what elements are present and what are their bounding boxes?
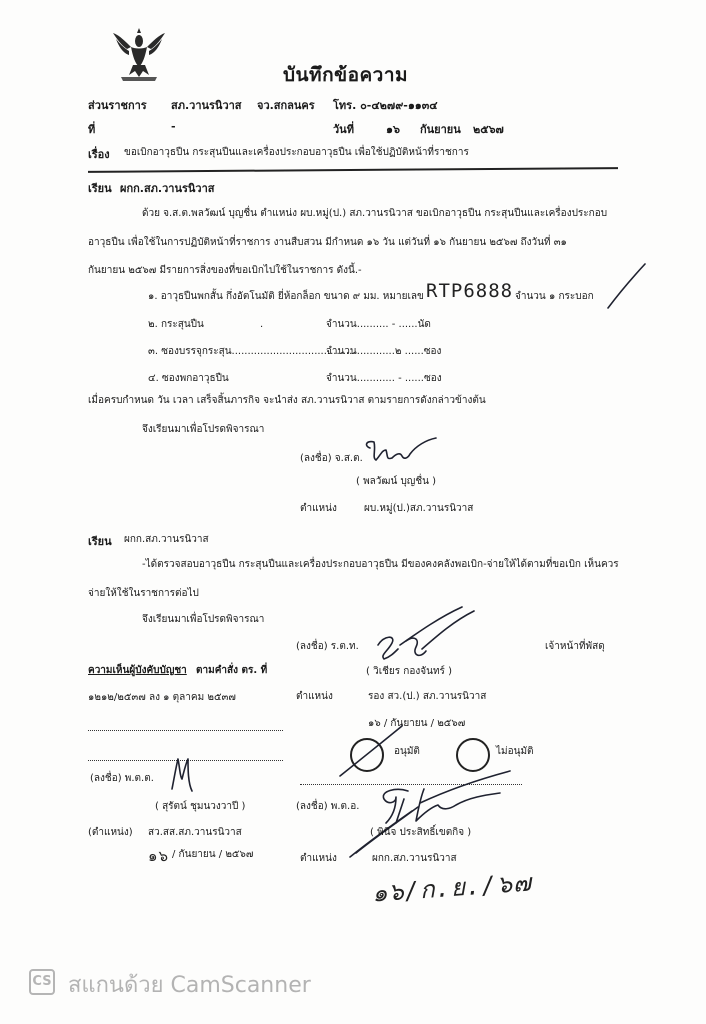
section2-paragraph-line1: -ได้ตรวจสอบอาวุธปืน กระสุนปืนและเครื่องป… [142,558,619,572]
section1-sign-label: (ลงชื่อ) จ.ส.ต. [300,452,363,466]
phone-value: โทร. ๐-๔๒๗๙-๑๑๓๔ [333,96,438,114]
item-1-serial: RTP6888 [426,280,513,302]
section1-paragraph-line2: อาวุธปืน เพื่อใช้ในการปฏิบัติหน้าที่ราชก… [88,236,567,250]
date-label: วันที่ [333,120,354,138]
camscanner-watermark: สแกนด้วย CamScanner [68,967,311,1002]
section1-paragraph-line1: ด้วย จ.ส.ต.พลวัฒน์ บุญชื่น ตำแหน่ง ผบ.หม… [142,207,607,221]
signature-1 [360,436,440,468]
camscanner-logo-icon: CS [29,969,55,995]
approver-position-label: ตำแหน่ง [300,852,337,866]
date-month: กันยายน [420,120,461,138]
section1-position-label: ตำแหน่ง [300,502,337,516]
signature-2 [370,605,480,670]
item-2-text: ๒. กระสุนปืน [148,318,204,332]
section1-to-label: เรียน [88,179,112,197]
approve-label: อนุมัติ [394,745,420,759]
item-3-qty: จำนวน............๒ ......ซอง [326,345,441,359]
header-divider [88,167,618,173]
section2-position-value: รอง สว.(ป.) สภ.วานรนิวาส [368,690,486,704]
section2-paragraph-line2: จ่ายให้ใช้ในราชการต่อไป [88,587,199,601]
item-4-text: ๔. ซองพกอาวุธปืน [148,372,229,386]
signature-4 [300,765,520,860]
item-2-qty: จำนวน.......... - ......นัด [326,318,431,332]
commander-position-value: สว.สส.สภ.วานรนิวาส [148,826,242,840]
section1-sign-name: ( พลวัฒน์ บุญชื่น ) [356,475,436,489]
reject-label: ไม่อนุมัติ [496,745,534,759]
approver-sign-name: ( พินิจ ประสิทธิ์เขตกิจ ) [370,826,471,840]
section2-sign-name: ( วิเชียร กองจันทร์ ) [366,665,452,679]
commander-sign-label: (ลงชื่อ) พ.ต.ต. [90,772,154,786]
ref-value: - [171,120,176,133]
section2-to-label: เรียน [88,532,112,550]
section2-to-value: ผกก.สภ.วานรนิวาส [124,533,209,547]
department-value: สภ.วานรนิวาส [171,96,242,114]
date-day: ๑๖ [386,120,400,138]
commander-date-rest: / กันยายน / ๒๕๖๗ [172,848,253,862]
subject-label: เรื่อง [88,145,110,163]
commander-order-text: ตามคำสั่ง ตร. ที่ [196,664,267,678]
opinion-line-1 [88,730,283,731]
commander-sign-name: ( สุรัตน์ ชุมนวงวาปี ) [155,800,245,814]
section2-sign-label: (ลงชื่อ) ร.ต.ท. [296,640,359,654]
check-mark-stroke [600,262,650,312]
item-1-qty: จำนวน ๑ กระบอก [515,290,594,304]
memo-page: บันทึกข้อความ ส่วนราชการ สภ.วานรนิวาส จว… [0,0,706,1024]
item-4-qty: จำนวน............ - ......ซอง [326,372,442,386]
commander-date-day: ๑๖ [148,844,169,868]
commander-order-ref: ๑๒๑๒/๒๕๓๗ ลง ๑ ตุลาคม ๒๕๓๗ [88,691,236,705]
section1-paragraph-line3: กันยายน ๒๕๖๗ มีรายการสิ่งของที่ขอเบิกไปใ… [88,264,362,278]
section1-position-value: ผบ.หมู่(ป.)สภ.วานรนิวาส [364,502,473,516]
section1-to-value: ผกก.สภ.วานรนิวาส [120,179,214,197]
signature-3 [166,755,196,795]
province-value: จว.สกลนคร [257,96,315,114]
commander-position-label: (ตำแหน่ง) [88,826,133,840]
item-2-mid: . [260,318,263,332]
section1-closing: เมื่อครบกำหนด วัน เวลา เสร็จสิ้นภารกิจ จ… [88,394,486,408]
commander-opinion-heading: ความเห็นผู้บังคับบัญชา [88,664,187,678]
ref-label: ที่ [88,120,95,138]
document-title: บันทึกข้อความ [283,60,408,90]
date-year: ๒๕๖๗ [473,120,504,138]
section2-sign-role: เจ้าหน้าที่พัสดุ [545,640,605,654]
item-1-text: ๑. อาวุธปืนพกสั้น กึ่งอัตโนมัติ ยี่ห้อกล… [148,290,424,304]
department-label: ส่วนราชการ [88,96,147,114]
section2-position-label: ตำแหน่ง [296,690,333,704]
approver-handwritten-date: ๑๖/ก.ย./๖๗ [371,862,533,912]
section1-request: จึงเรียนมาเพื่อโปรดพิจารณา [142,423,264,437]
section2-request: จึงเรียนมาเพื่อโปรดพิจารณา [142,613,264,627]
approver-position-value: ผกก.สภ.วานรนิวาส [372,852,457,866]
item-3-text: ๓. ซองบรรจุกระสุน.......................… [148,345,356,359]
subject-value: ขอเบิกอาวุธปืน กระสุนปืนและเครื่องประกอบ… [124,146,469,160]
garuda-emblem-icon [107,27,171,85]
